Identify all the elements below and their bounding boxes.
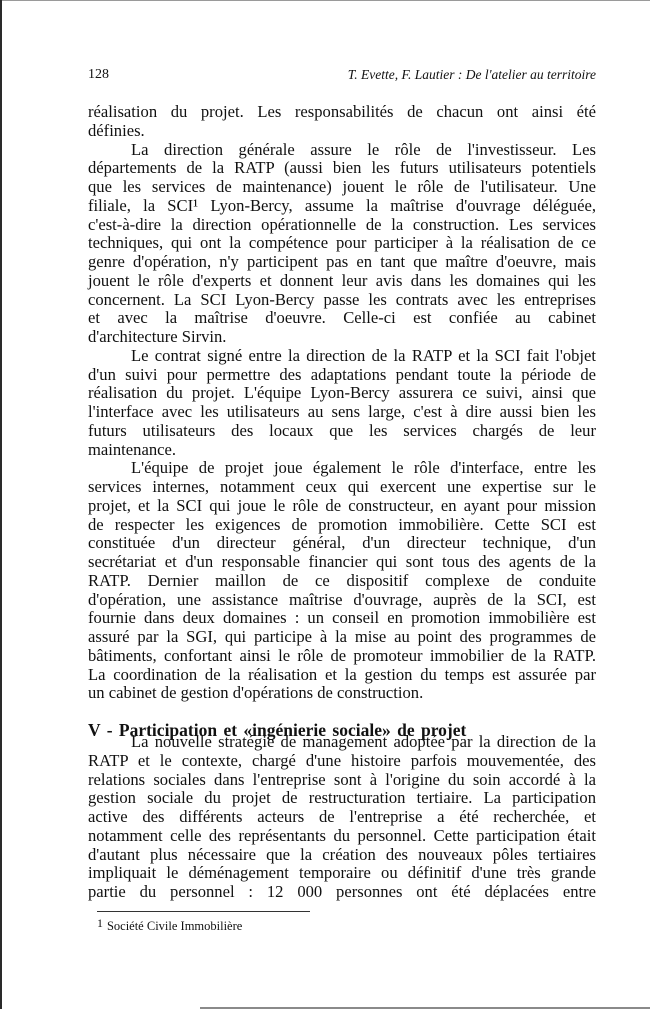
text-line: d'architecture Sirvin.	[88, 328, 596, 347]
text-line: gestion sociale du projet de restructura…	[88, 789, 596, 808]
text-line: relations sociales dans l'entreprise son…	[88, 771, 596, 790]
text-line: d'opération, une assistance maîtrise d'o…	[88, 591, 596, 610]
text-line: constituée d'un directeur général, d'un …	[88, 534, 596, 553]
text-line: un cabinet de gestion d'opérations de co…	[88, 684, 596, 703]
text-line: secrétariat et d'un responsable financie…	[88, 553, 596, 572]
scan-edge-left	[0, 0, 2, 1009]
text-line: techniques, qui ont la compétence pour p…	[88, 234, 596, 253]
text-line: genre d'opération, n'y participent pas e…	[88, 253, 596, 272]
text-line: d'autant plus nécessaire que la création…	[88, 846, 596, 865]
paragraph-start-line: L'équipe de projet joue également le rôl…	[88, 459, 596, 478]
footnote: 1Société Civile Immobilière	[97, 919, 242, 934]
paragraph-start-line: La direction générale assure le rôle de …	[88, 141, 596, 160]
page-number: 128	[88, 67, 109, 83]
text-line: l'interface avec les utilisateurs au sen…	[88, 403, 596, 422]
text-line: active des différents acteurs de l'entre…	[88, 808, 596, 827]
text-line: RATP et le contexte, chargé d'une histoi…	[88, 752, 596, 771]
text-line: maintenance.	[88, 441, 596, 460]
running-head: 128 T. Evette, F. Lautier : De l'atelier…	[88, 67, 596, 85]
text-line: notamment celle des représentants du per…	[88, 827, 596, 846]
scan-edge-top	[0, 0, 650, 1]
text-line: et avec la maîtrise d'oeuvre. Celle-ci e…	[88, 309, 596, 328]
text-line: fournie dans deux domaines : un conseil …	[88, 609, 596, 628]
text-line: départements de la RATP (aussi bien les …	[88, 159, 596, 178]
text-line: futurs utilisateurs des locaux que les s…	[88, 422, 596, 441]
text-line: c'est-à-dire la direction opérationnelle…	[88, 216, 596, 235]
footnote-divider	[97, 911, 310, 912]
text-line: services internes, notamment ceux qui ex…	[88, 478, 596, 497]
text-line: réalisation du projet. L'équipe Lyon-Ber…	[88, 384, 596, 403]
text-line: que les services de maintenance) jouent …	[88, 178, 596, 197]
text-line: concernent. La SCI Lyon-Bercy passe les …	[88, 291, 596, 310]
text-line: RATP. Dernier maillon de ce dispositif c…	[88, 572, 596, 591]
paragraph-start-line: Le contrat signé entre la direction de l…	[88, 347, 596, 366]
text-line: réalisation du projet. Les responsabilit…	[88, 103, 596, 122]
text-line: définies.	[88, 122, 596, 141]
text-line: assuré par la SGI, qui participe à la mi…	[88, 628, 596, 647]
text-line: d'un suivi pour permettre des adaptation…	[88, 366, 596, 385]
running-title: T. Evette, F. Lautier : De l'atelier au …	[348, 67, 596, 83]
section-5-body: La nouvelle stratégie de management adop…	[88, 733, 596, 902]
text-line: jouent le rôle d'experts et donnent leur…	[88, 272, 596, 291]
text-line: La coordination de la réalisation et la …	[88, 666, 596, 685]
text-line: filiale, la SCI¹ Lyon-Bercy, assume la m…	[88, 197, 596, 216]
paragraph-start-line: La nouvelle stratégie de management adop…	[88, 733, 596, 752]
section-4-body: réalisation du projet. Les responsabilit…	[88, 103, 596, 703]
text-line: de respecter les exigences de promotion …	[88, 516, 596, 535]
text-line: projet, et la SCI qui joue le rôle de co…	[88, 497, 596, 516]
footnote-text: Société Civile Immobilière	[107, 919, 242, 933]
text-line: partie du personnel : 12 000 personnes o…	[88, 883, 596, 902]
footnote-marker: 1	[97, 916, 103, 930]
text-line: impliquait le déménagement temporaire ou…	[88, 864, 596, 883]
text-line: bâtiments, confortant ainsi le rôle de p…	[88, 647, 596, 666]
